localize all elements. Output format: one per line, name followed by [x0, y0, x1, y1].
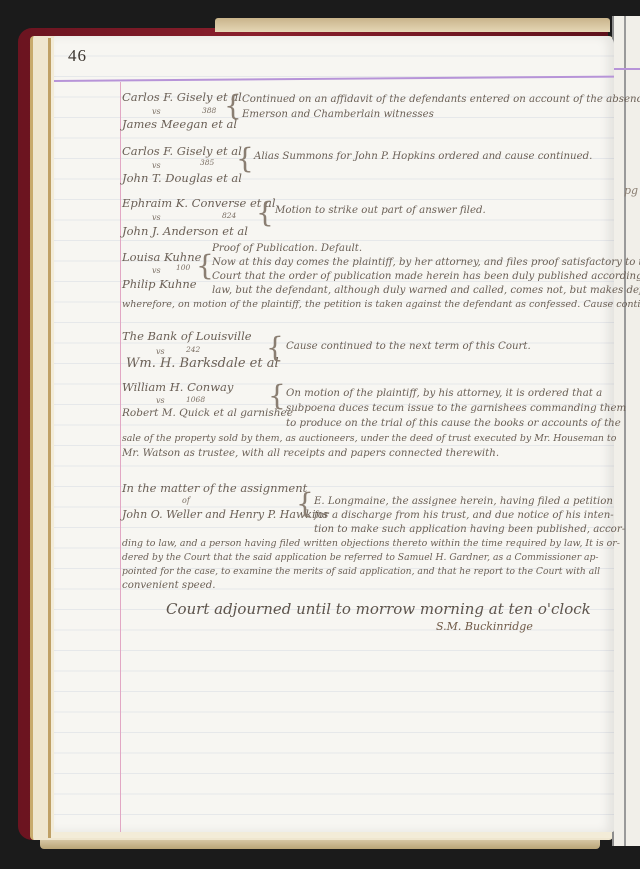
- versus: vs: [152, 161, 161, 170]
- case-number: 100: [176, 263, 190, 272]
- brace-icon: {: [224, 92, 242, 120]
- facing-page-edge: [612, 16, 640, 846]
- versus: vs: [156, 347, 165, 356]
- order-line: for a discharge from his trust, and due …: [314, 510, 614, 521]
- plaintiff: William H. Conway: [122, 380, 233, 394]
- order-line: wherefore, on motion of the plaintiff, t…: [122, 299, 640, 310]
- defendant: John J. Anderson et al: [122, 224, 248, 238]
- order-line: On motion of the plaintiff, by his attor…: [286, 388, 602, 399]
- order-line: law, but the defendant, although duly wa…: [212, 285, 640, 296]
- order-line: Alias Summons for John P. Hopkins ordere…: [254, 151, 592, 162]
- caption-of: of: [182, 496, 190, 505]
- versus: vs: [152, 213, 161, 222]
- order-line: Continued on an affidavit of the defenda…: [242, 94, 640, 105]
- case-number: 388: [202, 106, 216, 115]
- defendant: John T. Douglas et al: [122, 171, 242, 185]
- order-line: tion to make such application having bee…: [314, 524, 625, 535]
- header-rule: [54, 76, 614, 82]
- case-number: 824: [222, 211, 236, 220]
- facing-page-mark: pg: [624, 184, 638, 197]
- versus: vs: [152, 107, 161, 116]
- facing-page-rule: [610, 68, 640, 70]
- brace-icon: {: [256, 199, 274, 227]
- order-line: sale of the property sold by them, as au…: [122, 433, 616, 444]
- case-number: 1068: [186, 395, 205, 404]
- page-number: 46: [68, 46, 87, 66]
- plaintiff: The Bank of Louisville: [122, 329, 252, 343]
- versus: vs: [152, 266, 161, 275]
- order-line: Cause continued to the next term of this…: [286, 341, 531, 352]
- adjournment-line: Court adjourned until to morrow morning …: [166, 600, 591, 618]
- order-line: Court that the order of publication made…: [212, 271, 640, 282]
- versus: vs: [156, 396, 165, 405]
- caption-line: In the matter of the assignment: [122, 481, 307, 495]
- brace-icon: {: [236, 145, 254, 173]
- plaintiff: Louisa Kuhne: [122, 250, 201, 264]
- margin-rule: [120, 82, 121, 832]
- defendant: Philip Kuhne: [122, 277, 197, 291]
- brace-icon: {: [268, 382, 286, 410]
- page-edges-top: [215, 18, 610, 32]
- defendant: James Meegan et al: [122, 117, 237, 131]
- order-line: dered by the Court that the said applica…: [122, 552, 598, 563]
- order-line: Emerson and Chamberlain witnesses: [242, 109, 434, 120]
- order-line: Mr. Watson as trustee, with all receipts…: [122, 448, 499, 459]
- order-line: E. Longmaine, the assignee herein, havin…: [314, 496, 613, 507]
- order-heading: Proof of Publication. Default.: [212, 243, 362, 254]
- brace-icon: {: [296, 490, 314, 518]
- order-line: convenient speed.: [122, 580, 216, 591]
- order-line: Motion to strike out part of answer file…: [275, 205, 486, 216]
- judge-signature: S.M. Buckinridge: [436, 620, 533, 633]
- plaintiff: Ephraim K. Converse et al: [122, 196, 276, 210]
- case-number: 242: [186, 345, 200, 354]
- order-line: Now at this day comes the plaintiff, by …: [212, 257, 640, 268]
- defendant: Wm. H. Barksdale et al: [126, 356, 279, 371]
- brace-icon: {: [266, 334, 284, 362]
- case-number: 385: [200, 158, 214, 167]
- order-line: subpoena duces tecum issue to the garnis…: [286, 403, 626, 414]
- order-line: to produce on the trial of this cause th…: [286, 418, 621, 429]
- plaintiff: Carlos F. Gisely et al: [122, 144, 242, 158]
- order-line: pointed for the case, to examine the mer…: [122, 566, 600, 577]
- order-line: ding to law, and a person having filed w…: [122, 538, 620, 549]
